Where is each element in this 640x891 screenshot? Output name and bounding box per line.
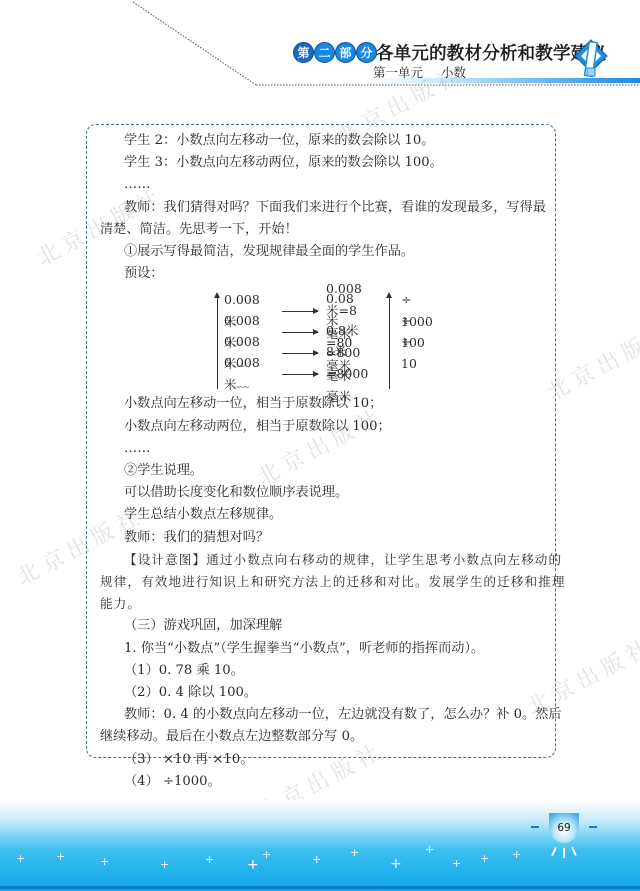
design-intent-cont: 能力。 [86,593,556,615]
design-intent: 【设计意图】通过小数点向右移动的规律，让学生思考小数点向左移动的 [86,549,556,571]
question-item: （3） ×10 再 ×10。 [86,749,556,771]
student3-line: 学生 3：小数点向左移动两位，原来的数会除以 100。 [86,152,556,174]
rule-line: 小数点向左移动两位，相当于原数除以 100； [86,416,556,438]
sparkle-icon: + [205,853,214,866]
right-arrow-icon [282,332,318,333]
badge-ray [531,826,539,828]
sparkle-icon: + [16,852,25,865]
up-arrow-left [217,297,218,389]
part-badge: 第 [293,42,314,63]
explain-item: ②学生说理。 [86,460,556,482]
preset-label: 预设： [86,263,556,285]
footer-band [0,800,640,891]
part-badge: 二 [314,42,335,63]
right-arrow-icon [282,311,318,312]
lesson-content: 学生 2：小数点向左移动一位，原来的数会除以 10。 学生 3：小数点向左移动两… [86,130,556,793]
rule-line: 小数点向左移动一位，相当于原数除以 10； [86,393,556,415]
right-arrow-icon [282,374,318,375]
unit-subtitle: 第一单元小数 [373,63,466,81]
teacher-line: 教师：我们的猜想对吗？ [86,527,556,549]
sparkle-icon: + [56,850,65,863]
ellipsis: …… [86,438,556,460]
part-badges: 第 二 部 分 [293,42,377,63]
footer-bar [0,886,640,889]
topic-label: 小数 [441,65,466,80]
diagram-divisor: ÷ 10 [401,331,417,375]
up-arrow-right [389,297,390,389]
page-number-badge: 69 [549,813,579,843]
question-item: （1）0. 78 乘 10。 [86,660,556,682]
show-item: ①展示写得最简洁，发现规律最全面的学生作品。 [86,241,556,263]
sparkle-icon: + [480,852,489,865]
badge-ray [589,826,597,828]
sparkle-icon: + [512,848,521,861]
sparkle-icon: + [262,848,271,861]
sparkle-icon: + [247,857,259,873]
badge-ray [563,848,565,858]
teacher-line-cont: 清楚、简洁。先思考一下，开始！ [86,219,556,241]
sparkle-icon: + [312,853,321,866]
design-intent-cont: 规律，有效地进行知识上和研究方法上的迁移和对比。发展学生的迁移和推理 [86,571,556,593]
teacher-line-cont: 继续移动。最后在小数点左边整数部分写 0。 [86,726,556,748]
right-arrow-icon [282,353,318,354]
teacher-line: 教师：0. 4 的小数点向左移动一位，左边就没有数了，怎么办？补 0。然后 [86,704,556,726]
explain-line: 学生总结小数点左移规律。 [86,504,556,526]
unit-label: 第一单元 [373,65,423,80]
sparkle-icon: + [390,856,402,872]
sparkle-icon: + [160,858,169,871]
game-item: 1. 你当“小数点”（学生握拳当“小数点”，听老师的指挥而动）。 [86,638,556,660]
shift-mark-icon: ⌣⌣⌣ [236,376,249,398]
decimal-shift-diagram: 0.008米 0.008米=8毫米 ÷ 1000 0.008米 ⌣ 0.08米=… [86,291,556,389]
sparkle-icon: + [425,843,434,856]
ellipsis: …… [86,174,556,196]
sparkle-icon: + [100,855,109,868]
question-item: （2）0. 4 除以 100。 [86,682,556,704]
pencil-diamond-logo-icon [573,38,609,80]
chapter-title: 各单元的教材分析和教学建议 [376,40,606,65]
explain-line: 可以借助长度变化和数位顺序表说理。 [86,482,556,504]
teacher-line: 教师：我们猜得对吗？下面我们来进行个比赛，看谁的发现最多，写得最 [86,197,556,219]
question-item: （4） ÷1000。 [86,771,556,793]
sparkle-icon: + [350,846,359,859]
section-heading: （三）游戏巩固，加深理解 [86,615,556,637]
part-badge: 分 [356,42,377,63]
sparkle-icon: + [452,857,461,870]
diagram-right-value: 8米=8000毫米 [326,341,368,408]
part-badge: 部 [335,42,356,63]
student2-line: 学生 2：小数点向左移动一位，原来的数会除以 10。 [86,130,556,152]
